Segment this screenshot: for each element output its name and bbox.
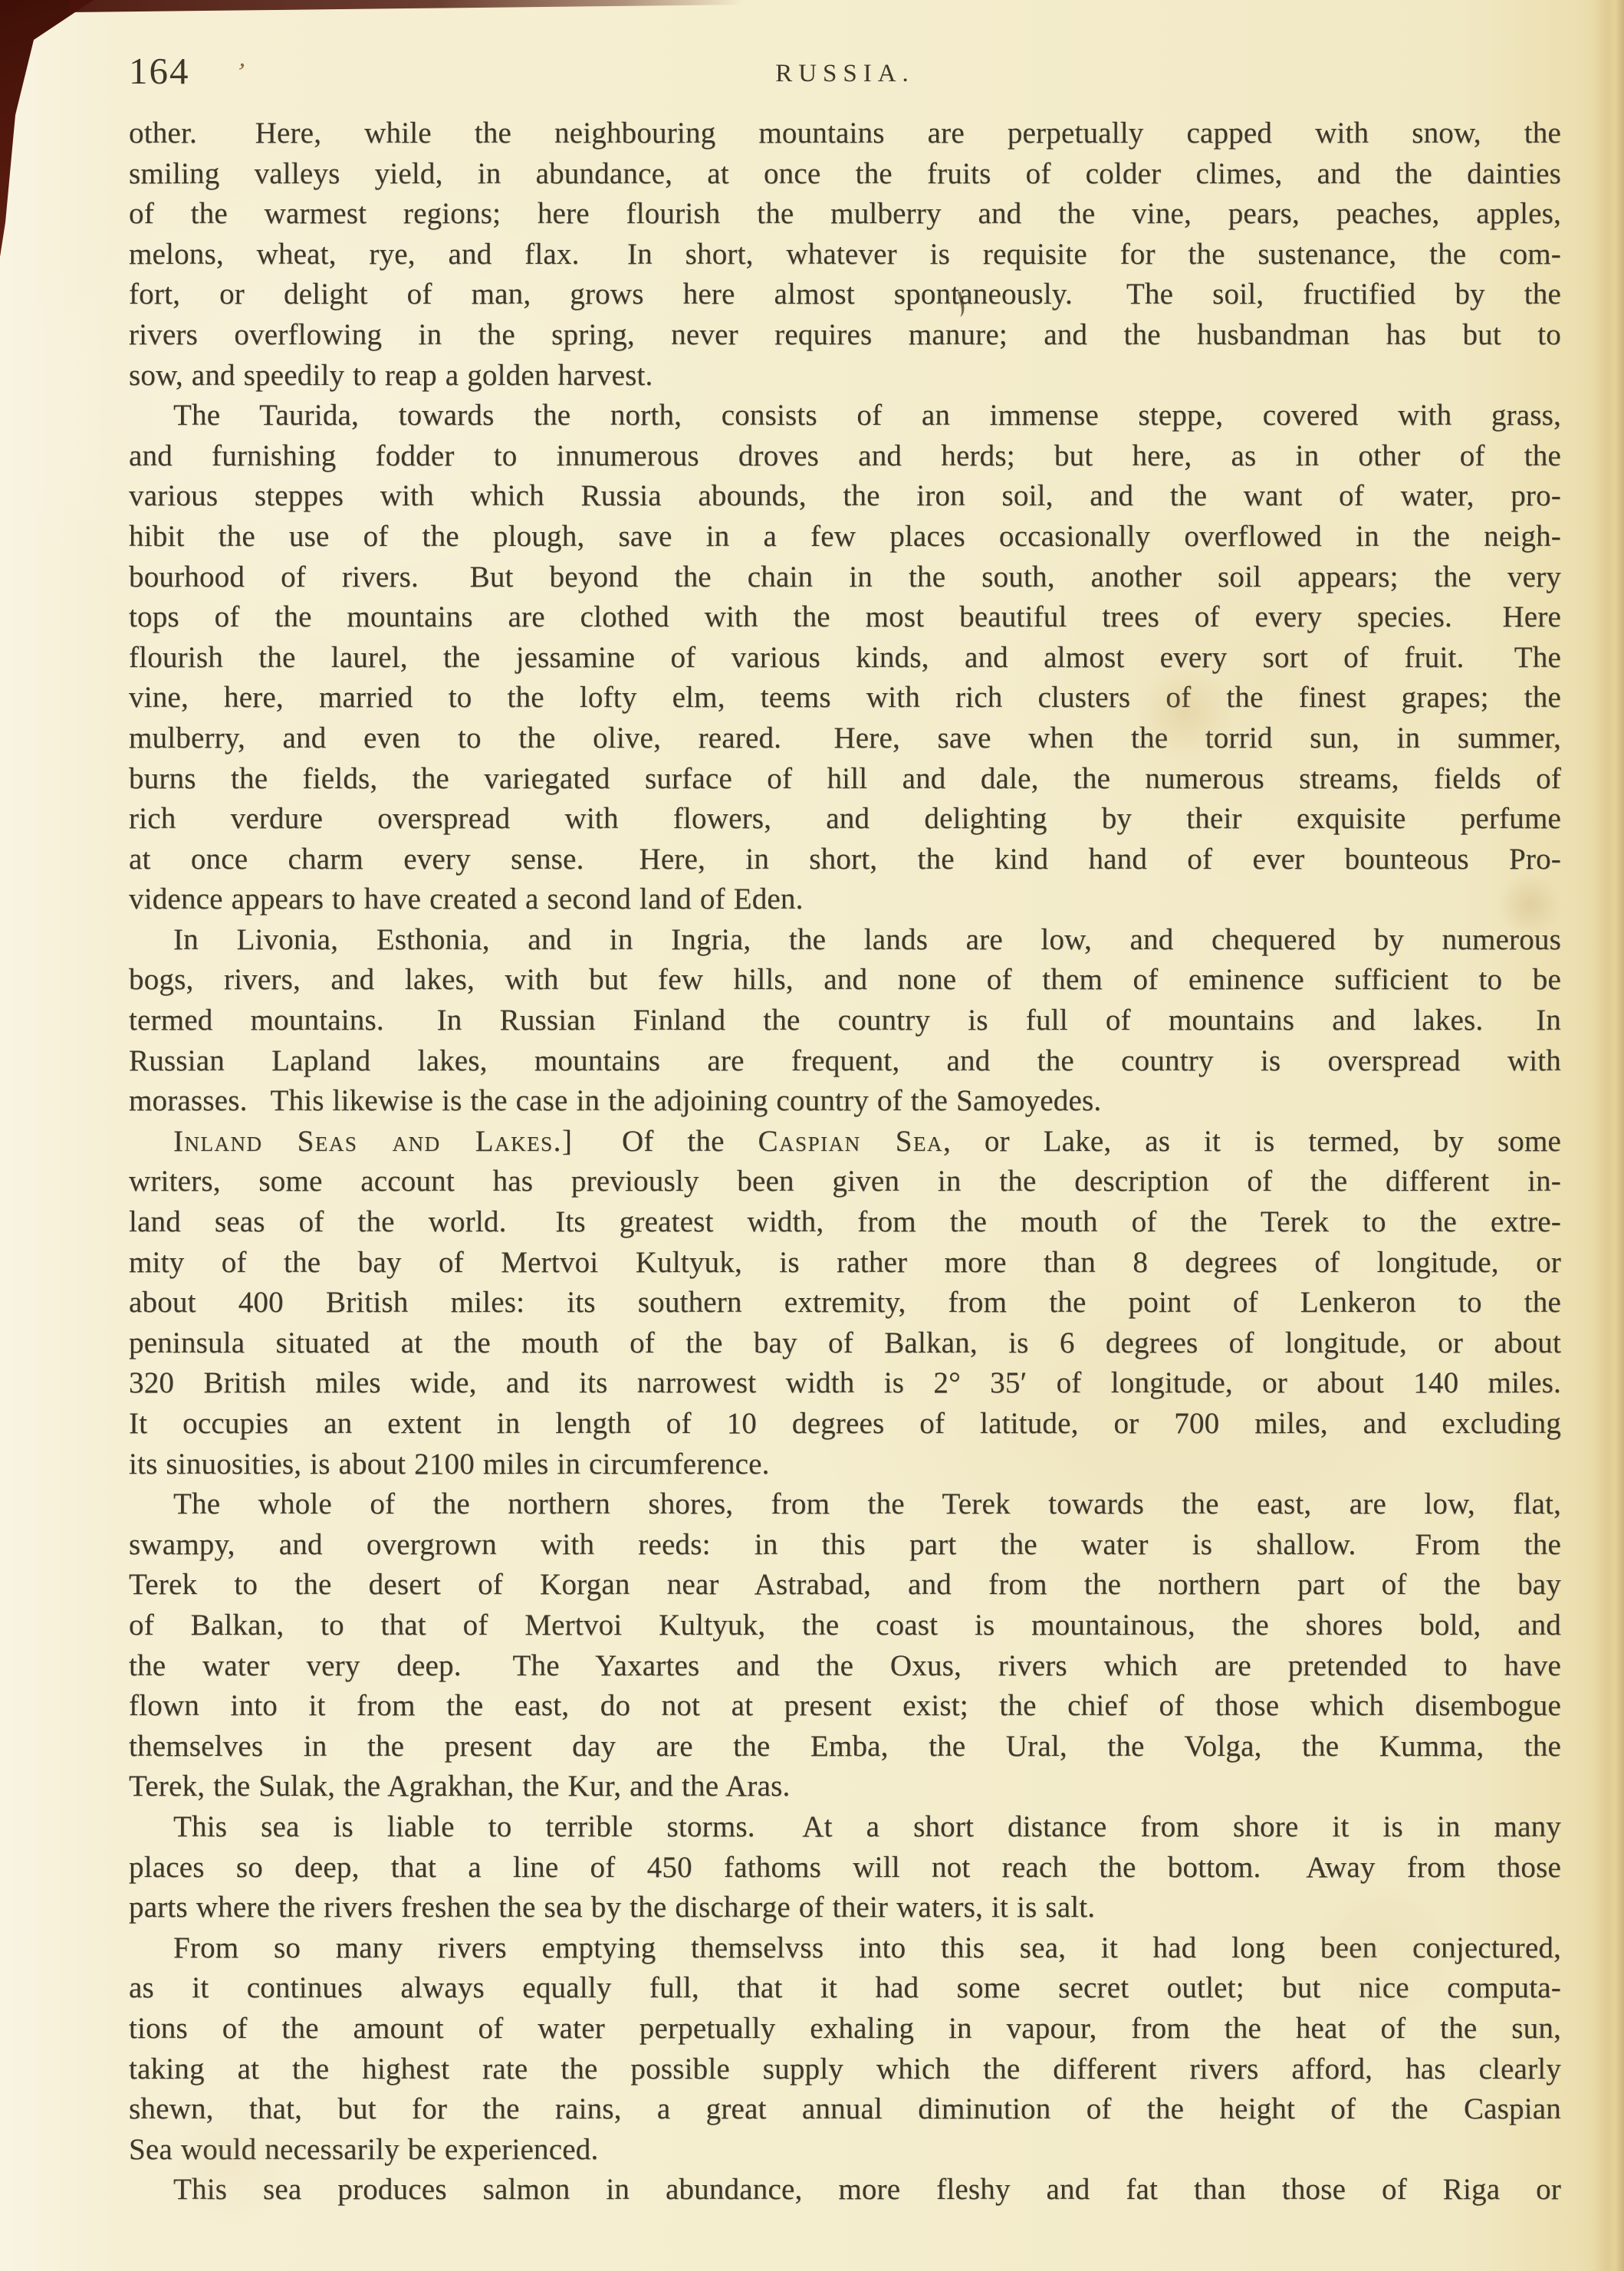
text-line: rich verdure overspread with flowers, an… <box>129 799 1561 840</box>
text-line: flown into it from the east, do not at p… <box>129 1686 1561 1727</box>
text-line: morasses. This likewise is the case in t… <box>129 1081 1561 1122</box>
book-page: 164 ’ RUSSIA. other. Here, while the nei… <box>0 0 1624 2271</box>
text-line: mulberry, and even to the olive, reared.… <box>129 718 1561 759</box>
text-line: Russian Lapland lakes, mountains are fre… <box>129 1041 1561 1082</box>
small-caps-text: Caspian Sea <box>758 1125 943 1158</box>
text-line: The whole of the northern shores, from t… <box>129 1484 1561 1525</box>
text-line: peninsula situated at the mouth of the b… <box>129 1323 1561 1364</box>
text-line: its sinuosities, is about 2100 miles in … <box>129 1444 1561 1485</box>
page-edge-shading <box>1592 0 1624 2271</box>
text-line: themselves in the present day are the Em… <box>129 1727 1561 1767</box>
text-line: various steppes with which Russia abound… <box>129 476 1561 517</box>
text-line: Terek, the Sulak, the Agrakhan, the Kur,… <box>129 1767 1561 1807</box>
text-line: It occupies an extent in length of 10 de… <box>129 1404 1561 1444</box>
text-line: 320 British miles wide, and its narrowes… <box>129 1363 1561 1404</box>
text-line: bourhood of rivers. But beyond the chain… <box>129 557 1561 598</box>
text-line: From so many rivers emptying themselvss … <box>129 1928 1561 1969</box>
text-line: land seas of the world. Its greatest wid… <box>129 1202 1561 1243</box>
text-line: and furnishing fodder to innumerous drov… <box>129 436 1561 477</box>
text-line: This sea produces salmon in abundance, m… <box>129 2170 1561 2210</box>
text-line: flourish the laurel, the jessamine of va… <box>129 638 1561 679</box>
text-line: of the warmest regions; here flourish th… <box>129 194 1561 235</box>
binding-top-edge <box>69 0 744 12</box>
text-line: other. Here, while the neighbouring moun… <box>129 113 1561 154</box>
text-line: at once charm every sense. Here, in shor… <box>129 840 1561 880</box>
binding-corner-shadow <box>0 0 123 276</box>
body-text: other. Here, while the neighbouring moun… <box>129 113 1561 2210</box>
text-line: The Taurida, towards the north, consists… <box>129 396 1561 436</box>
text-line: fort, or delight of man, grows here almo… <box>129 274 1561 315</box>
text-line: parts where the rivers freshen the sea b… <box>129 1888 1561 1928</box>
text-line: mity of the bay of Mertvoi Kultyuk, is r… <box>129 1243 1561 1283</box>
text-line: rivers overflowing in the spring, never … <box>129 315 1561 356</box>
text-line: smiling valleys yield, in abundance, at … <box>129 154 1561 195</box>
text-line: Terek to the desert of Korgan near Astra… <box>129 1565 1561 1605</box>
text-line: termed mountains. In Russian Finland the… <box>129 1001 1561 1041</box>
text-line: of Balkan, to that of Mertvoi Kultyuk, t… <box>129 1605 1561 1646</box>
text-line: In Livonia, Esthonia, and in Ingria, the… <box>129 920 1561 961</box>
text-line: about 400 British miles: its southern ex… <box>129 1283 1561 1323</box>
page-header: 164 ’ RUSSIA. <box>129 48 1561 101</box>
text-line: bogs, rivers, and lakes, with but few hi… <box>129 960 1561 1001</box>
text-line: vidence appears to have created a second… <box>129 879 1561 920</box>
text-line: burns the fields, the variegated surface… <box>129 759 1561 800</box>
text-line: the water very deep. The Yaxartes and th… <box>129 1646 1561 1687</box>
text-line: melons, wheat, rye, and flax. In short, … <box>129 235 1561 275</box>
text-line: vine, here, married to the lofty elm, te… <box>129 678 1561 718</box>
text-line: places so deep, that a line of 450 fatho… <box>129 1848 1561 1888</box>
text-line: This sea is liable to terrible storms. A… <box>129 1807 1561 1848</box>
text-line: tions of the amount of water perpetually… <box>129 2009 1561 2049</box>
text-line: tops of the mountains are clothed with t… <box>129 597 1561 638</box>
text-line: as it continues always equally full, tha… <box>129 1968 1561 2009</box>
text-line: taking at the highest rate the possible … <box>129 2049 1561 2090</box>
small-caps-text: Inland Seas and Lakes.] <box>173 1125 573 1158</box>
text-line: Sea would necessarily be experienced. <box>129 2130 1561 2171</box>
text-line: hibit the use of the plough, save in a f… <box>129 517 1561 557</box>
text-line: sow, and speedily to reap a golden harve… <box>129 356 1561 396</box>
text-line: swampy, and overgrown with reeds: in thi… <box>129 1525 1561 1566</box>
text-line: shewn, that, but for the rains, a great … <box>129 2089 1561 2130</box>
text-line: Inland Seas and Lakes.] Of the Caspian S… <box>129 1122 1561 1162</box>
text-line: writers, some account has previously bee… <box>129 1162 1561 1202</box>
running-title: RUSSIA. <box>129 60 1561 88</box>
